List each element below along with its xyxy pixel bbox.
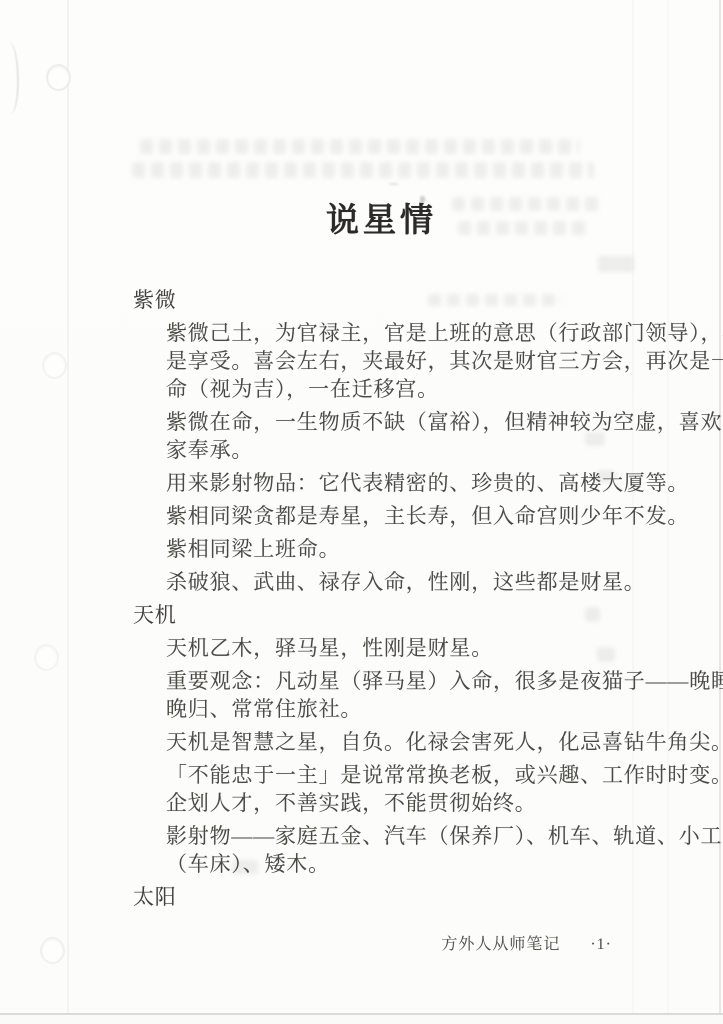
punch-hole	[34, 644, 59, 671]
text-line: 杀破狼、武曲、禄存入命，性刚，这些都是财星。	[166, 568, 678, 596]
bleed-through-text	[132, 162, 594, 178]
text-line: 用来影射物品：它代表精密的、珍贵的、高楼大厦等。	[166, 469, 678, 497]
section-ziwei: 紫微 紫微己土，为官禄主，官是上班的意思（行政部门领导），禄 是享受。喜会左右，…	[133, 286, 678, 596]
text-line: 紫微己土，为官禄主，官是上班的意思（行政部门领导），禄	[166, 319, 678, 347]
section-heading: 太阳	[133, 883, 678, 911]
paragraph: 天机是智慧之星，自负。化禄会害死人，化忌喜钻牛角尖。	[166, 728, 678, 756]
text-line: 「不能忠于一主」是说常常换老板，或兴趣、工作时时变。是	[166, 761, 678, 789]
page-footer: 方外人从师笔记 ·1·	[0, 931, 723, 954]
text-line: 重要观念：凡动星（驿马星）入命，很多是夜猫子——晚睡、	[166, 667, 678, 695]
ink-speck	[389, 183, 398, 185]
text-line: 晚归、常常住旅社。	[166, 695, 678, 723]
text-line: 影射物——家庭五金、汽车（保养厂）、机车、轨道、小工厂	[166, 822, 678, 850]
text-line: 家奉承。	[166, 436, 678, 464]
footer-source-title: 方外人从师笔记	[441, 931, 560, 954]
paragraph: 「不能忠于一主」是说常常换老板，或兴趣、工作时时变。是 企划人才，不善实践，不能…	[166, 761, 678, 817]
text-line: 命（视为吉），一在迁移宫。	[166, 375, 678, 403]
paragraph: 紫相同梁贪都是寿星，主长寿，但入命宫则少年不发。	[166, 502, 678, 530]
bleed-through-mark	[598, 256, 634, 272]
text-line: 紫相同梁贪都是寿星，主长寿，但入命宫则少年不发。	[166, 502, 678, 530]
text-line: 是享受。喜会左右，夹最好，其次是财官三方会，再次是一在	[166, 347, 678, 375]
paragraph: 天机乙木，驿马星，性刚是财星。	[166, 634, 678, 662]
document-body: 紫微 紫微己土，为官禄主，官是上班的意思（行政部门领导），禄 是享受。喜会左右，…	[133, 286, 678, 916]
text-line: 天机是智慧之星，自负。化禄会害死人，化忌喜钻牛角尖。	[166, 728, 678, 756]
scan-fold-line	[67, 0, 69, 1014]
text-line: 紫相同梁上班命。	[166, 535, 678, 563]
punch-hole	[46, 64, 71, 91]
section-tianji: 天机 天机乙木，驿马星，性刚是财星。 重要观念：凡动星（驿马星）入命，很多是夜猫…	[133, 601, 678, 878]
text-line: 天机乙木，驿马星，性刚是财星。	[166, 634, 678, 662]
paragraph: 重要观念：凡动星（驿马星）入命，很多是夜猫子——晚睡、 晚归、常常住旅社。	[166, 667, 678, 723]
page-right-edge	[719, 0, 721, 1015]
paragraph: 紫微在命，一生物质不缺（富裕），但精神较为空虚，喜欢人 家奉承。	[166, 408, 678, 464]
paragraph: 用来影射物品：它代表精密的、珍贵的、高楼大厦等。	[166, 469, 678, 497]
paragraph: 影射物——家庭五金、汽车（保养厂）、机车、轨道、小工厂 （车床）、矮木。	[166, 822, 678, 878]
scanned-document-page: 说星情 紫微 紫微己土，为官禄主，官是上班的意思（行政部门领导），禄 是享受。喜…	[0, 0, 723, 1024]
paragraph: 紫相同梁上班命。	[166, 535, 678, 563]
pencil-mark	[5, 42, 19, 114]
text-line: （车床）、矮木。	[166, 850, 678, 878]
section-heading: 天机	[133, 601, 678, 629]
paragraph: 紫微己土，为官禄主，官是上班的意思（行政部门领导），禄 是享受。喜会左右，夹最好…	[166, 319, 678, 403]
section-heading: 紫微	[133, 286, 678, 314]
scanner-background	[0, 1015, 723, 1024]
footer-page-number: ·1·	[590, 936, 612, 954]
punch-hole	[42, 352, 67, 379]
text-line: 紫微在命，一生物质不缺（富裕），但精神较为空虚，喜欢人	[166, 408, 678, 436]
text-line: 企划人才，不善实践，不能贯彻始终。	[166, 789, 678, 817]
bleed-through-text	[140, 139, 580, 154]
page-title: 说星情	[40, 194, 723, 241]
paragraph: 杀破狼、武曲、禄存入命，性刚，这些都是财星。	[166, 568, 678, 596]
section-taiyang: 太阳	[133, 883, 678, 911]
